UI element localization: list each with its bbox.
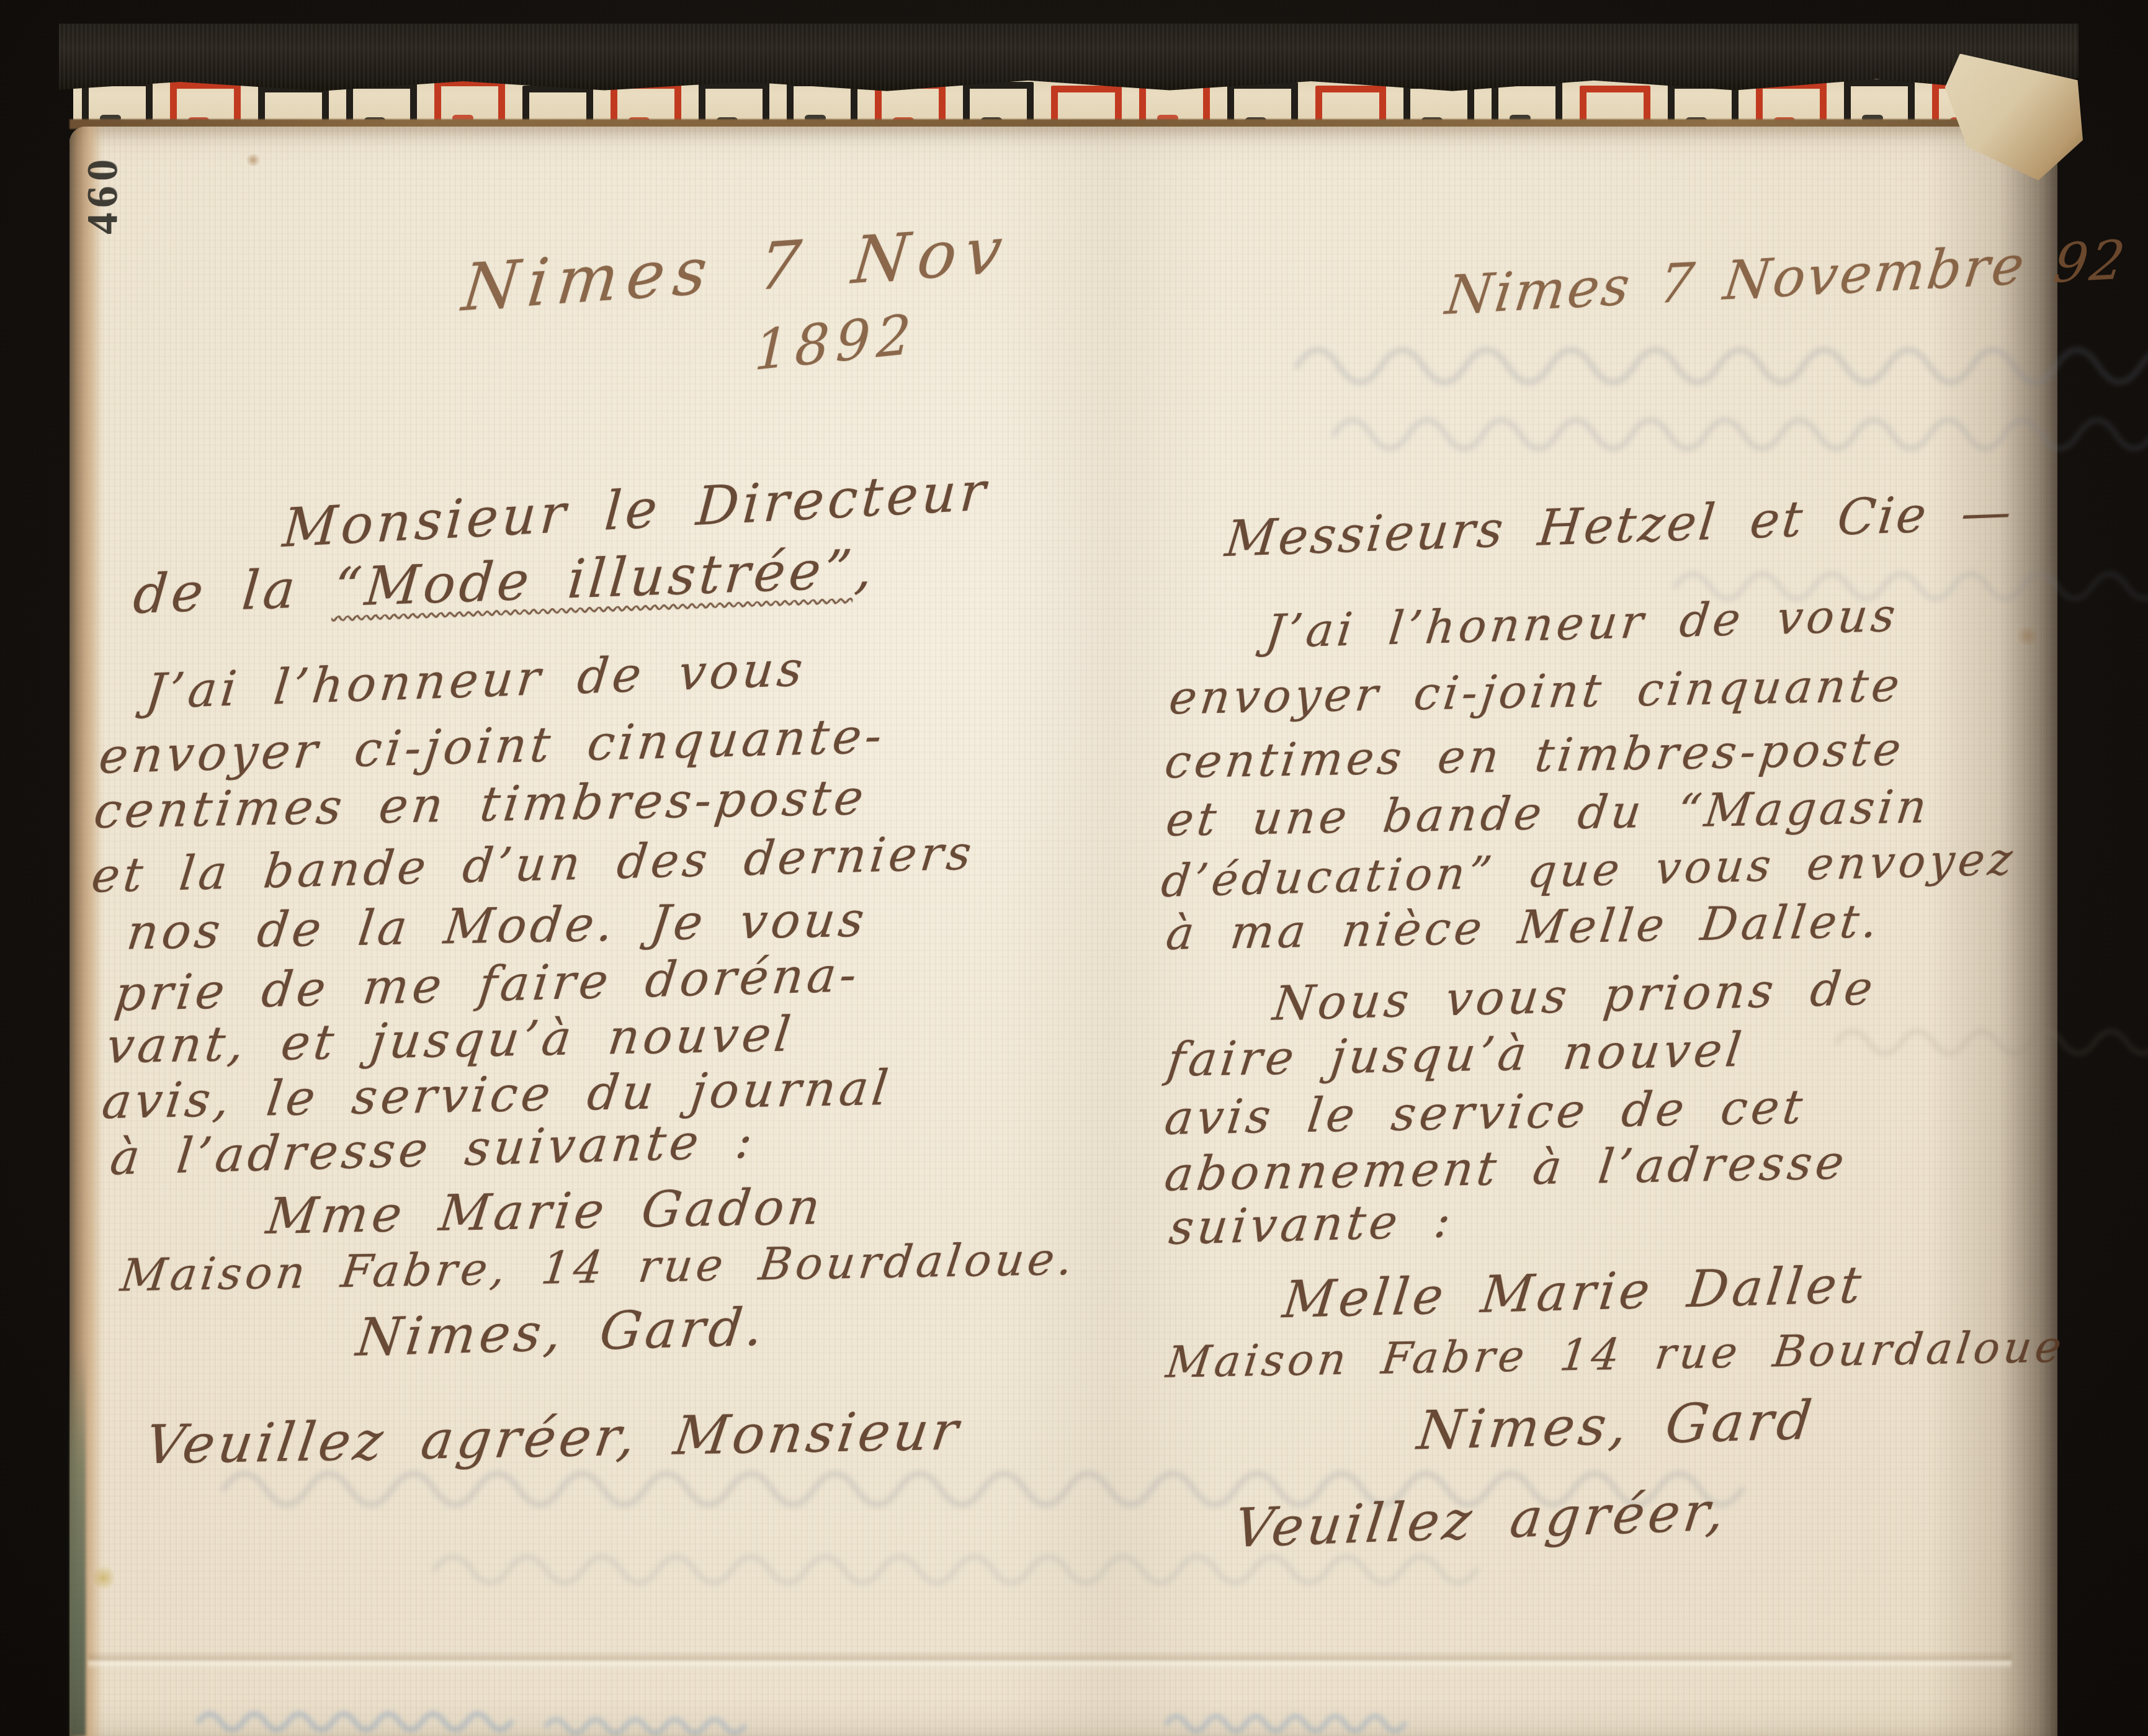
horizontal-crease bbox=[88, 1652, 2012, 1669]
right-body-line: faire jusqu’à nouvel bbox=[1165, 1022, 1748, 1087]
page-left-deckle-edge bbox=[69, 127, 103, 1736]
right-body-line: suivante : bbox=[1166, 1192, 1457, 1255]
right-body-line: avis le service de cet bbox=[1162, 1079, 1809, 1145]
page-right-edge-shadow bbox=[1927, 127, 2057, 1736]
book-cloth-edge bbox=[59, 24, 2079, 93]
left-address-line: Nimes, Gard. bbox=[354, 1296, 770, 1368]
left-address-line: Mme Marie Gadon bbox=[263, 1178, 827, 1245]
right-address-line: Nimes, Gard bbox=[1414, 1389, 1818, 1462]
page-number: 460 bbox=[78, 155, 128, 235]
letterbook-scan: 460 Nimes 7 Nov 1892 Monsieur le Directe… bbox=[0, 0, 2148, 1736]
page-number-stamp: 460 bbox=[74, 156, 154, 249]
